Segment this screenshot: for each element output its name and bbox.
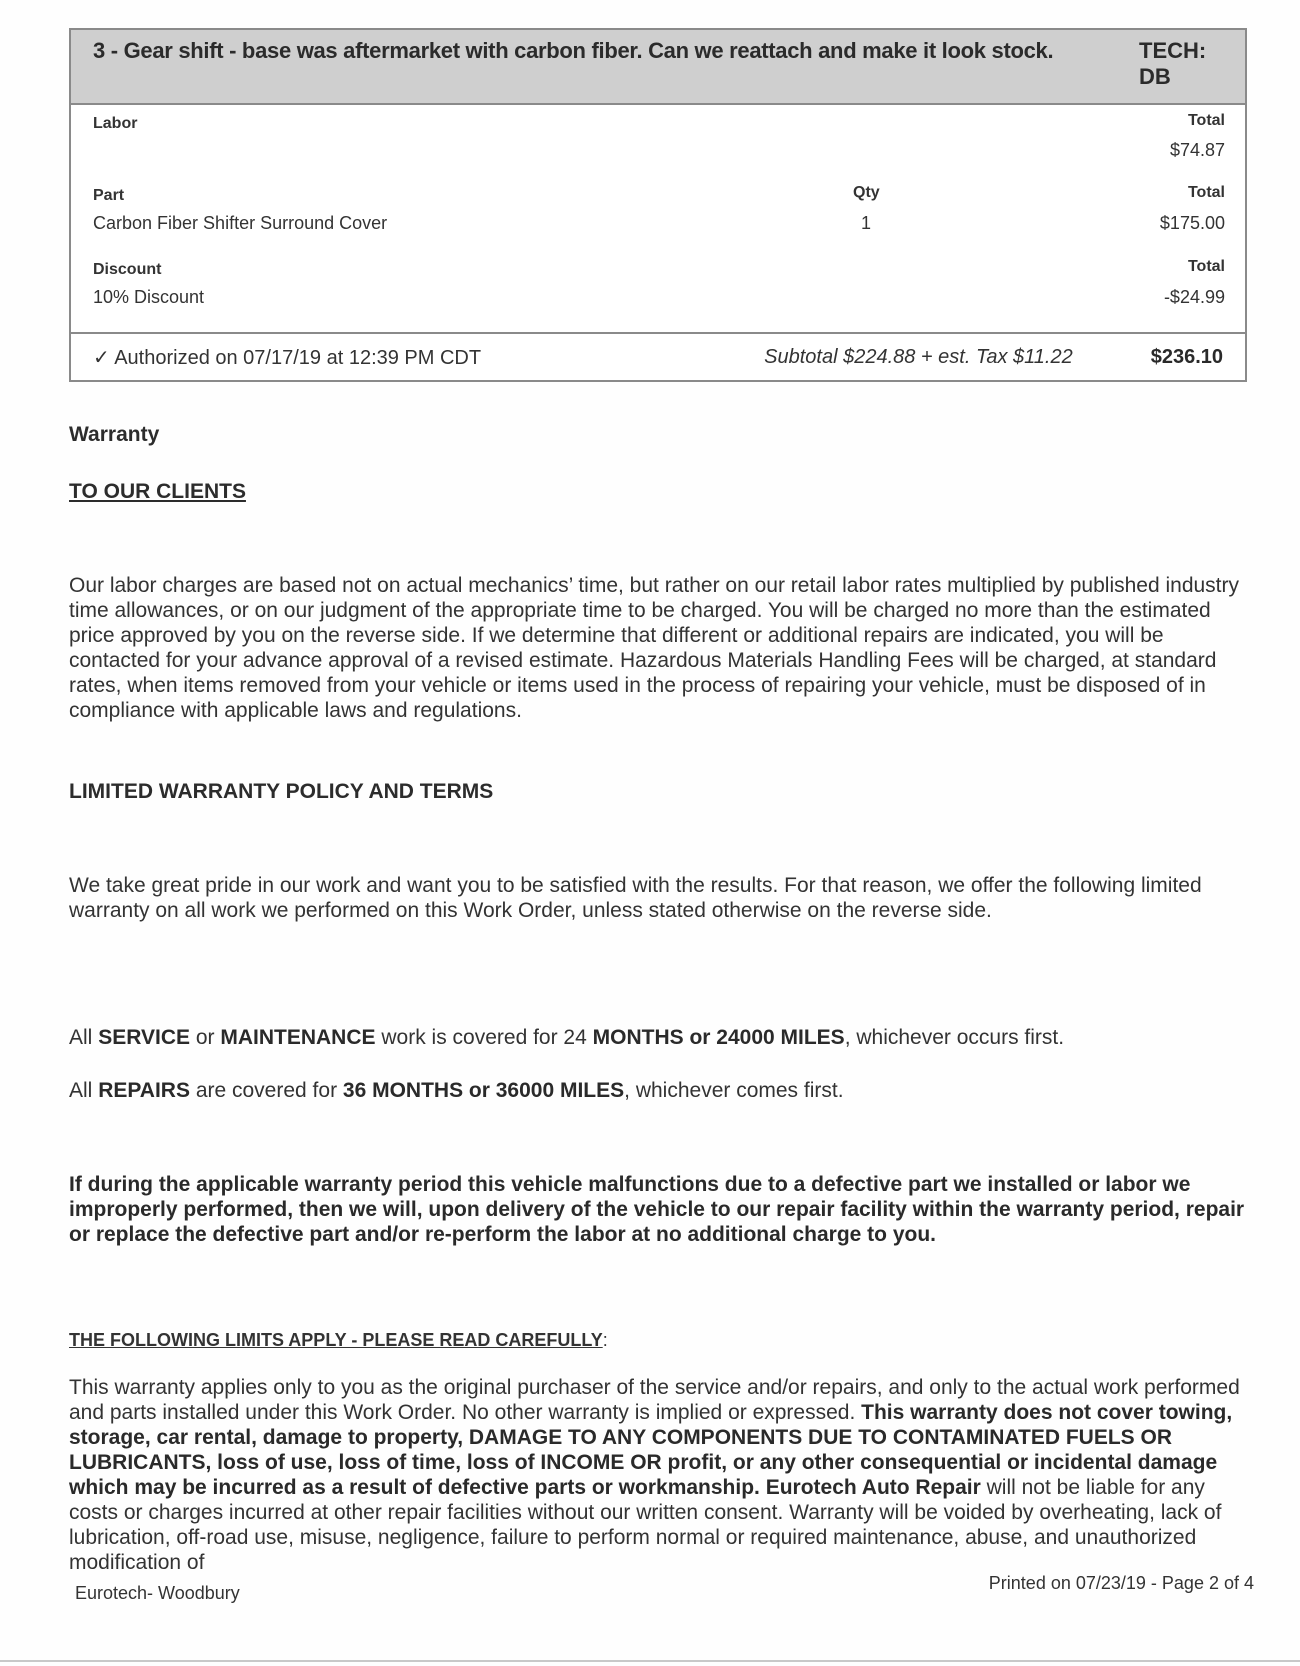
limits-heading-line: THE FOLLOWING LIMITS APPLY - PLEASE READ… [69,1328,1259,1353]
service-term: SERVICE [98,1026,190,1049]
labor-row: Labor Total [93,112,1225,133]
discount-label: Discount [93,261,161,278]
part-name: Carbon Fiber Shifter Surround Cover [93,213,387,233]
text: , whichever occurs first. [845,1026,1064,1049]
discount-total: -$24.99 [1164,287,1225,308]
labor-label: Labor [93,115,137,132]
service-coverage-line: All SERVICE or MAINTENANCE work is cover… [69,1025,1259,1050]
qty-label: Qty [853,184,880,202]
limits-heading: THE FOLLOWING LIMITS APPLY - PLEASE READ… [69,1330,603,1350]
to-clients-heading: TO OUR CLIENTS [69,479,1259,504]
service-coverage-term: MONTHS or 24000 MILES [593,1026,845,1049]
job-title: 3 - Gear shift - base was aftermarket wi… [93,38,1073,103]
warranty-heading: Warranty [69,422,1259,447]
text: All [69,1079,98,1102]
invoice-page: 3 - Gear shift - base was aftermarket wi… [0,0,1300,1666]
labor-charges-paragraph: Our labor charges are based not on actua… [69,573,1259,723]
scan-edge [0,1660,1300,1662]
grand-total: $236.10 [1151,346,1223,369]
part-row: Carbon Fiber Shifter Surround Cover 1 $1… [93,213,1225,234]
job-footer: ✓ Authorized on 07/17/19 at 12:39 PM CDT… [71,332,1245,380]
job-header: 3 - Gear shift - base was aftermarket wi… [71,30,1245,105]
text: are covered for [190,1079,343,1102]
text: All [69,1026,98,1049]
repairs-term: REPAIRS [98,1079,190,1102]
shop-name: Eurotech- Woodbury [75,1583,240,1604]
part-label: Part [93,187,124,204]
part-header-row: Part Qty Total [93,184,1225,205]
repairs-coverage-term: 36 MONTHS or 36000 MILES [343,1079,624,1102]
discount-header-row: Discount Total [93,258,1225,279]
labor-total-label: Total [1188,112,1225,130]
repairs-coverage-line: All REPAIRS are covered for 36 MONTHS or… [69,1078,1259,1103]
job-tech: TECH: DB [1139,38,1229,103]
limits-paragraph: This warranty applies only to you as the… [69,1375,1259,1575]
subtotal-tax: Subtotal $224.88 + est. Tax $11.22 [764,346,1073,369]
part-total-label: Total [1188,184,1225,202]
text: work is covered for 24 [376,1026,593,1049]
authorized-status: ✓ Authorized on 07/17/19 at 12:39 PM CDT [93,345,764,370]
text: , whichever comes first. [624,1079,843,1102]
pride-paragraph: We take great pride in our work and want… [69,873,1259,923]
job-card: 3 - Gear shift - base was aftermarket wi… [69,28,1247,382]
part-total: $175.00 [1160,213,1225,234]
text: or [190,1026,220,1049]
limited-warranty-heading: LIMITED WARRANTY POLICY AND TERMS [69,779,1259,804]
discount-name: 10% Discount [93,287,204,307]
defect-paragraph: If during the applicable warranty period… [69,1172,1259,1247]
colon: : [603,1330,608,1350]
discount-row: 10% Discount -$24.99 [93,287,1225,308]
maintenance-term: MAINTENANCE [220,1026,375,1049]
discount-total-label: Total [1188,258,1225,276]
printed-date-page: Printed on 07/23/19 - Page 2 of 4 [989,1573,1254,1594]
labor-total: $74.87 [1170,140,1225,161]
part-qty: 1 [861,213,871,234]
